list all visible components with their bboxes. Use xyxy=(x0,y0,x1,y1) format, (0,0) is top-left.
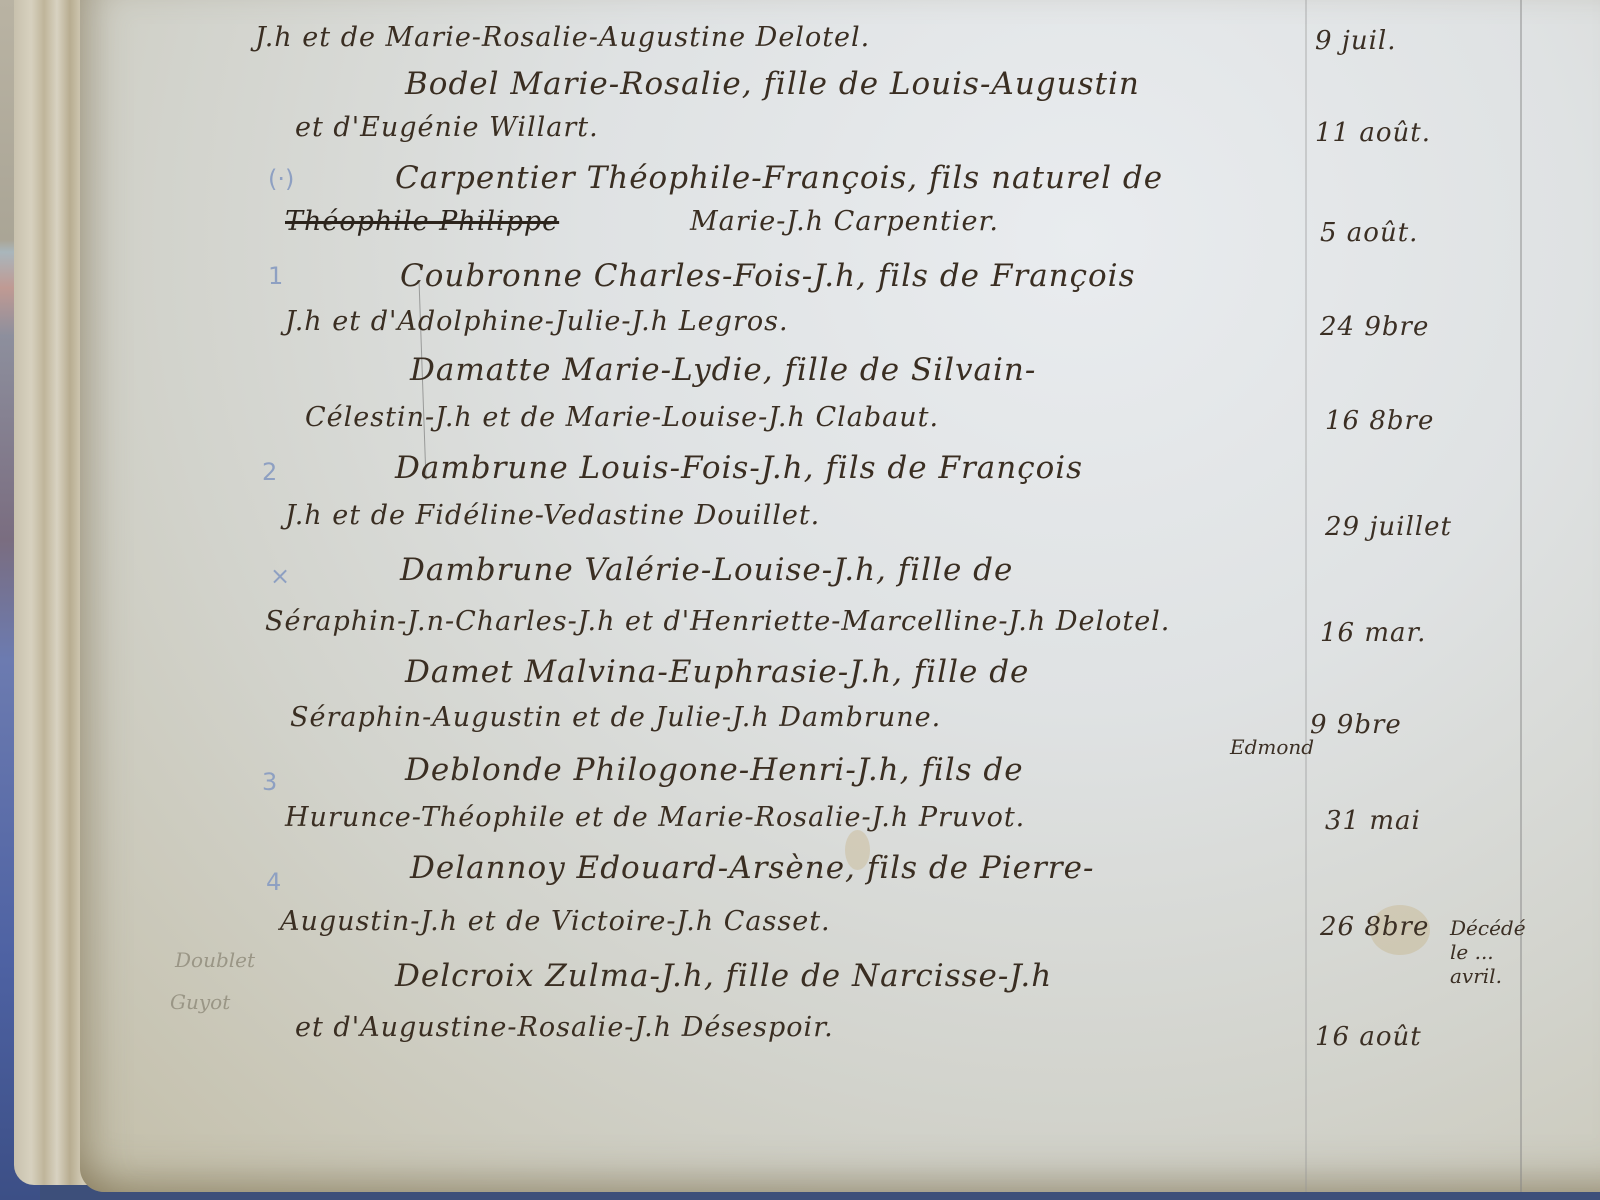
entry-date: 24 9bre xyxy=(1320,312,1429,342)
entry-surname-line: Delcroix Zulma-J.h, fille de Narcisse-J.… xyxy=(395,958,1052,994)
pencil-annotation: Doublet xyxy=(175,948,255,972)
entry-continuation: Augustin-J.h et de Victoire-J.h Casset. xyxy=(280,906,831,937)
entry-surname-line: Carpentier Théophile-François, fils natu… xyxy=(395,160,1163,196)
pencil-mark: 4 xyxy=(266,868,281,896)
entry-continuation: et d'Augustine-Rosalie-J.h Désespoir. xyxy=(295,1012,834,1043)
entry-date: 11 août. xyxy=(1315,118,1431,148)
entry-date: 16 août xyxy=(1315,1022,1422,1052)
entry-date: 29 juillet xyxy=(1325,512,1452,542)
entry-surname-line: Delannoy Edouard-Arsène, fils de Pierre- xyxy=(410,850,1094,886)
entry-continuation: J.h et de Marie-Rosalie-Augustine Delote… xyxy=(255,22,870,53)
entry-continuation: J.h et d'Adolphine-Julie-J.h Legros. xyxy=(285,306,789,337)
entry-date: 31 mai xyxy=(1325,806,1421,836)
struck-through-text: Théophile Philippe xyxy=(285,206,559,237)
entry-continuation: Marie-J.h Carpentier. xyxy=(690,206,999,237)
pencil-mark: (·) xyxy=(268,165,294,193)
entry-date: 16 mar. xyxy=(1320,618,1426,648)
entry-continuation: Hurunce-Théophile et de Marie-Rosalie-J.… xyxy=(285,802,1025,833)
pencil-mark: 1 xyxy=(268,262,283,290)
entry-continuation: Séraphin-J.n-Charles-J.h et d'Henriette-… xyxy=(265,606,1170,637)
pencil-mark: × xyxy=(270,562,290,590)
pencil-annotation: Guyot xyxy=(170,990,230,1014)
entry-surname-line: Dambrune Valérie-Louise-J.h, fille de xyxy=(400,552,1013,588)
entry-date: 5 août. xyxy=(1320,218,1418,248)
entry-date: 16 8bre xyxy=(1325,406,1434,436)
entry-surname-line: Coubronne Charles-Fois-J.h, fils de Fran… xyxy=(400,258,1136,294)
entry-surname-line: Deblonde Philogone-Henri-J.h, fils de xyxy=(405,752,1024,788)
death-side-note: Décédé le ... avril. xyxy=(1450,916,1550,988)
entry-date: 26 8bre xyxy=(1320,912,1429,942)
interlinear-insertion: Edmond xyxy=(1230,735,1314,759)
entry-continuation: J.h et de Fidéline-Vedastine Douillet. xyxy=(285,500,820,531)
entry-continuation: et d'Eugénie Willart. xyxy=(295,112,599,143)
entry-continuation: Séraphin-Augustin et de Julie-J.h Dambru… xyxy=(290,702,941,733)
entry-surname-line: Bodel Marie-Rosalie, fille de Louis-Augu… xyxy=(405,66,1140,102)
pencil-mark: 3 xyxy=(262,768,277,796)
entry-surname-line: Damatte Marie-Lydie, fille de Silvain- xyxy=(410,352,1036,388)
entry-surname-line: Dambrune Louis-Fois-J.h, fils de Françoi… xyxy=(395,450,1083,486)
right-margin-rule xyxy=(1520,0,1522,1192)
entry-date: 9 juil. xyxy=(1315,26,1397,56)
pencil-mark: 2 xyxy=(262,458,277,486)
entry-surname-line: Damet Malvina-Euphrasie-J.h, fille de xyxy=(405,654,1029,690)
entry-date: 9 9bre xyxy=(1310,710,1402,740)
date-column-rule xyxy=(1305,0,1307,1192)
entry-continuation: Célestin-J.h et de Marie-Louise-J.h Clab… xyxy=(305,402,939,433)
